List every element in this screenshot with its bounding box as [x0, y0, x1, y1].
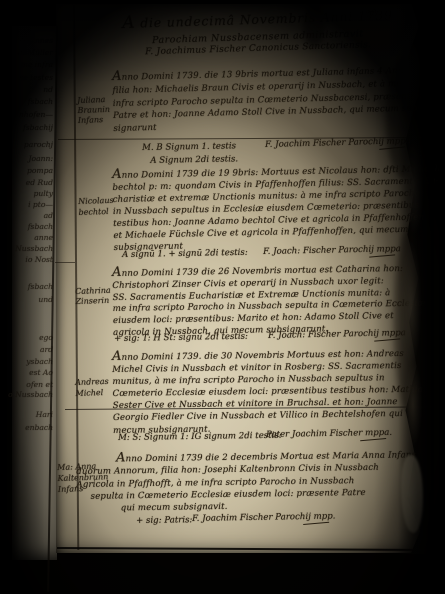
burial-entry-2: Anno Domini 1739 die 19 9bris: Mortuus e… — [112, 162, 445, 254]
margin-note-line: Braunin — [77, 105, 110, 116]
gutter-divider-line — [55, 262, 75, 263]
left-page-text-fragment: anne — [34, 233, 53, 242]
left-page-text-fragment: nhofen— — [19, 110, 53, 119]
left-page-text-fragment: ysbach — [26, 357, 53, 366]
left-page-text-fragment: fsbach — [28, 97, 53, 106]
priest-signature-3: F. Joach: Fischer Parochij mppa — [268, 328, 406, 341]
left-page-text-fragment: io Nost — [25, 255, 53, 264]
left-page-text-fragment: Joann: — [29, 154, 53, 163]
priest-signature-5: F. Joachim Fischer Parochij mpp. — [192, 511, 336, 524]
torn-paper-light-chunk — [401, 455, 423, 533]
margin-note-line: bechtol — [78, 206, 114, 218]
left-page-text-fragment: Nussbach — [15, 244, 53, 253]
margin-name-note-1: Juliana Braunin Infans — [77, 95, 111, 126]
left-page-text-fragment: se testes — [19, 73, 53, 82]
left-page-text-fragment: ofen et — [26, 380, 53, 389]
page-heading: A die undecimâ Novembris Anni 1739 Paroc… — [122, 5, 393, 58]
burial-entry-1: Anno Domini 1739. die 13 9bris mortua es… — [112, 63, 430, 136]
left-page-text-fragment: fsbachij — [23, 123, 53, 132]
witness-marks-1: M. B Signum 1. testis A Signum 2di testi… — [142, 140, 238, 168]
margin-note-line: Andreas — [75, 376, 109, 388]
left-page-text-fragment: fsbach — [28, 222, 53, 231]
margin-name-note-2: Nicolaus bechtol — [78, 195, 114, 218]
margin-note-line: Zinserin — [75, 296, 111, 307]
left-page-text-fragment: ed Rud — [26, 178, 53, 187]
left-page-text-fragment: nnes — [35, 36, 53, 45]
priest-signature-4: Pater Joachim Fischer mppa. — [266, 428, 392, 440]
margin-note-line: Michel — [75, 387, 109, 399]
witness-marks-5: + sig: Patris: — [136, 515, 192, 526]
left-page-text-fragment: ad — [44, 211, 53, 220]
left-page-text-fragment: pompa — [27, 166, 53, 175]
left-page-text-fragment: pulty — [33, 189, 53, 198]
burial-entry-4: Anno Domini 1739. die 30 Novembris Mortu… — [112, 347, 424, 437]
left-page-text-fragment: me infra — [21, 60, 53, 69]
left-page-text-fragment: fsbach — [28, 282, 53, 291]
left-page-text-fragment: nd — [43, 85, 53, 94]
margin-name-note-3: Cathrina Zinserin — [75, 286, 111, 307]
left-page-text-fragment: i pto— — [28, 200, 53, 209]
priest-signature-2: F. Joach: Fischer Parochij mppa — [263, 244, 401, 257]
margin-note-line: Infans — [78, 115, 111, 126]
left-page-text-fragment: est Ao — [29, 368, 53, 377]
margin-name-note-4: Andreas Michel — [75, 376, 109, 399]
manuscript-photo: nnes in Müller me infra se testes nd fsb… — [0, 0, 445, 594]
left-page-text-fragment: parochj — [24, 140, 53, 149]
left-page-text-fragment: in Müller — [18, 48, 53, 57]
left-page-text-fragment: o Nussbach — [8, 390, 53, 399]
burial-entry-5: Anno Domini 1739 die 2 decembris Mortua … — [76, 448, 417, 515]
